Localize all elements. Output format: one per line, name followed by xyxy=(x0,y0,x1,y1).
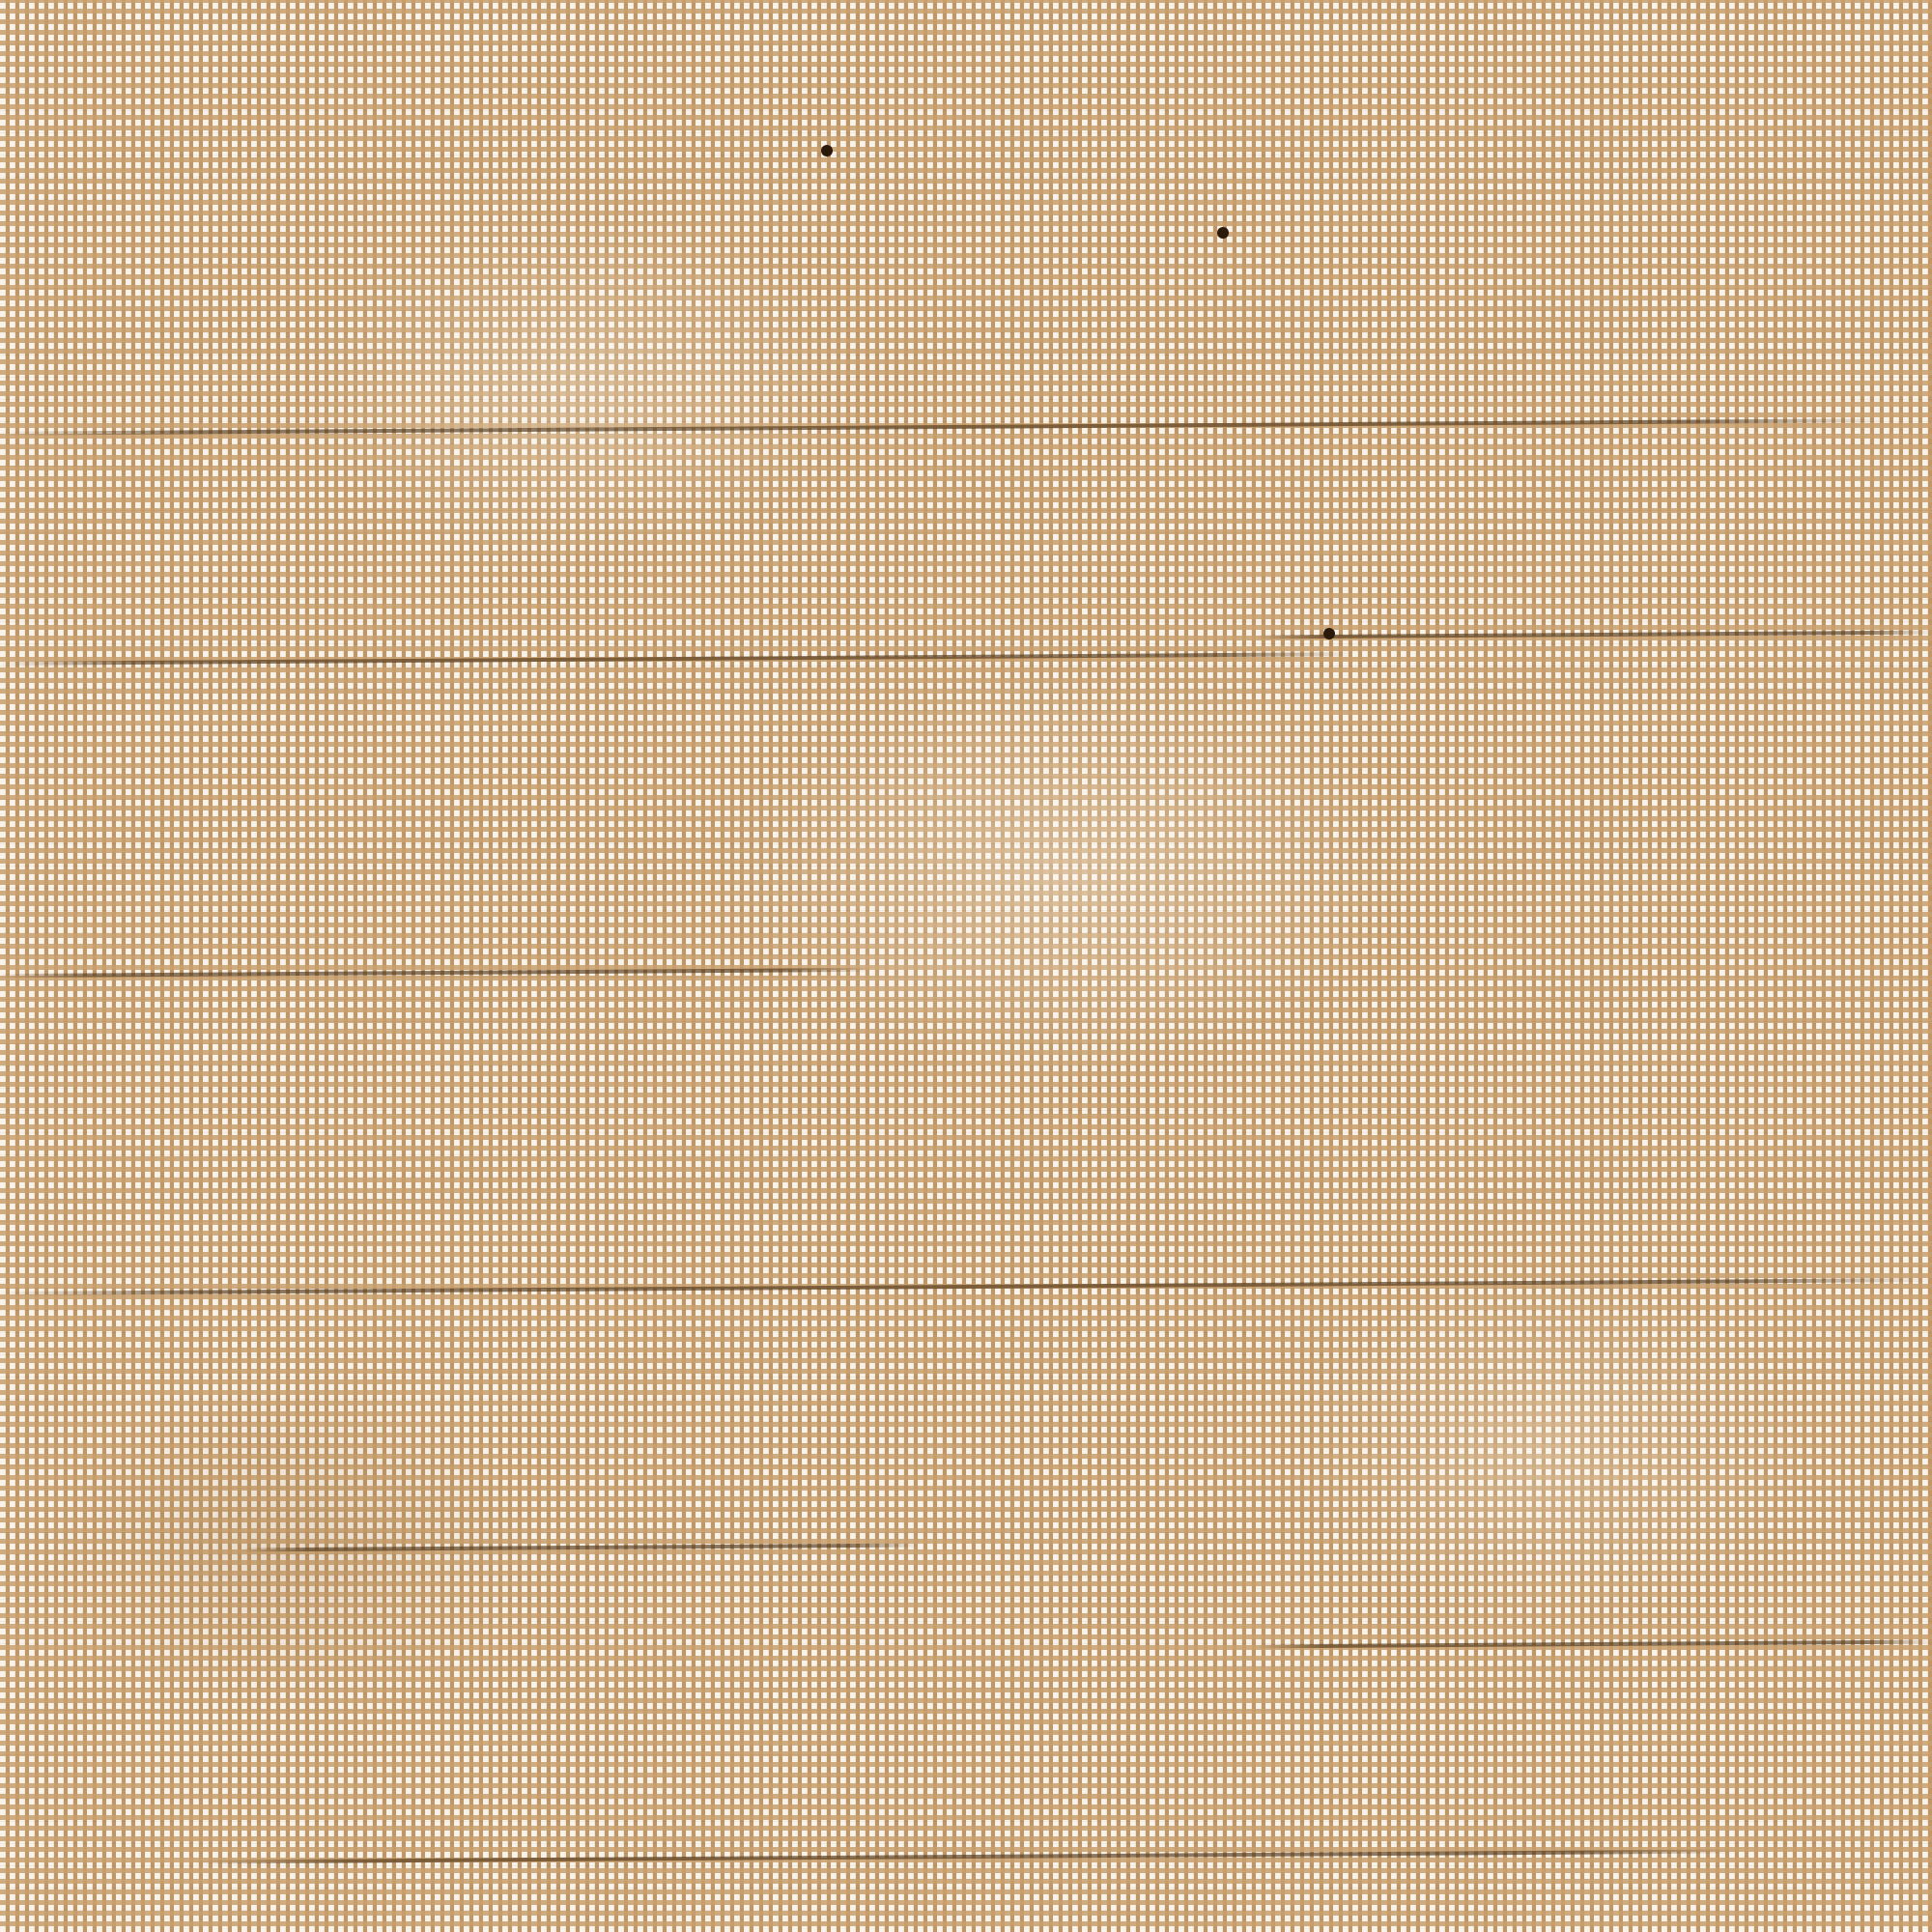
fiber-knot xyxy=(1323,628,1335,639)
fiber-knot xyxy=(821,145,833,156)
fiber-knot xyxy=(1217,227,1229,239)
